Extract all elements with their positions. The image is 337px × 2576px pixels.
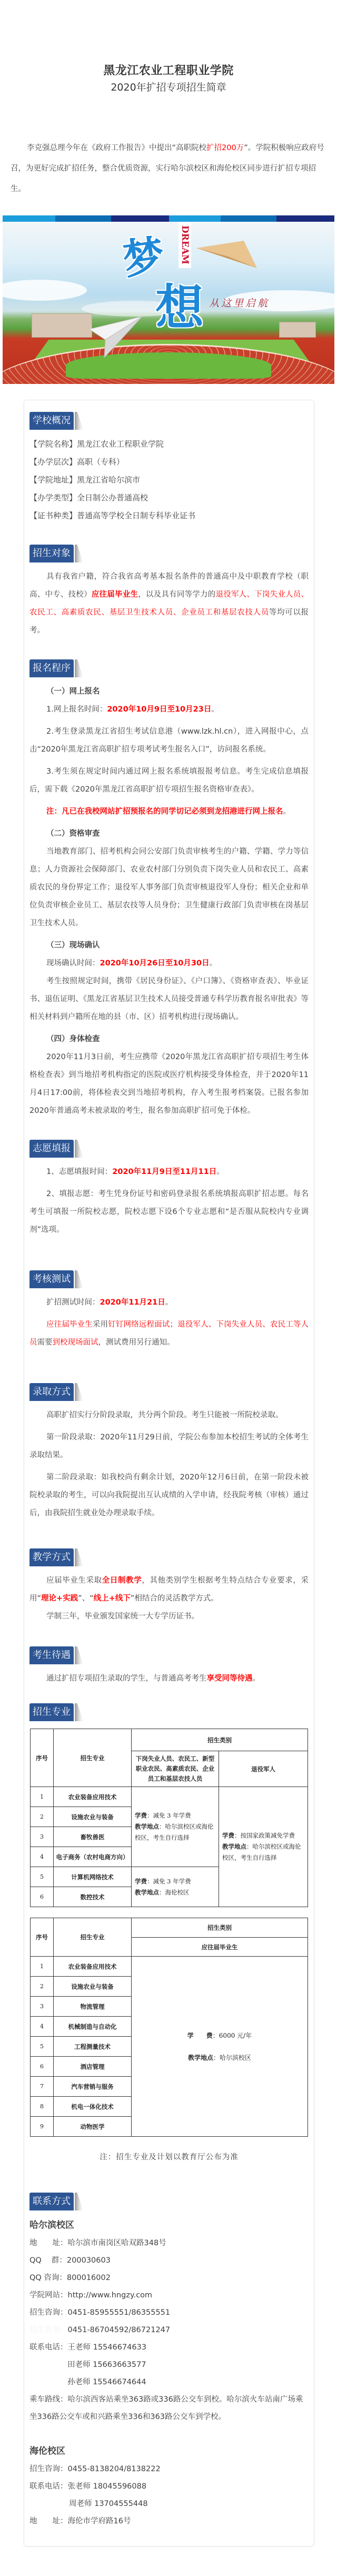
contact-line: 招生咨询：0455-8138204/8138222 <box>29 2461 309 2478</box>
section-header: 志愿填报 <box>29 1140 309 1158</box>
section-test: 考核测试 扩招测试时间：2020年11月21日。 应往届毕业生采用钉钉网络远程面… <box>29 1270 309 1351</box>
campus-stadium-photo: DREAM 梦 想 从这里启航 <box>3 222 334 384</box>
bus-route: 乘车路线：哈尔滨西客站乘坐363路或336路公交车到校。哈尔滨火车站南广场乘坐3… <box>29 2391 309 2426</box>
col-cat: 应往届毕业生 <box>132 1938 308 1957</box>
admission-p3: 第二阶段录取：如我校尚有剩余计划，2020年12月6日前，在第一阶段未被院校录取… <box>29 1468 309 1522</box>
admission-p1: 高职扩招实行分阶段录取，共分两个阶段。考生只能被一所院校录取。 <box>29 1406 309 1424</box>
section-title: 招生对象 <box>29 545 74 562</box>
online-note: 注：凡已在我校网站扩招预报名的同学切记必须到龙招港进行网上报名。 <box>29 803 309 821</box>
volunteer-text: 2、填报志愿：考生凭身份证号和密码登录报名系统填报高职扩招志愿。每名考生可填报一… <box>29 1185 309 1239</box>
section-title: 学校概况 <box>29 412 74 430</box>
page-subtitle: 2020年扩招专项招生简章 <box>0 80 337 95</box>
group2-info: 学费：减免 3 年学费教学地点：海伦校区 <box>132 1867 219 1907</box>
section-header: 考核测试 <box>29 1270 309 1288</box>
graduate-info: 学 费：6000 元/年教学地点：哈尔滨校区 <box>132 1957 308 2137</box>
content-card: 学校概况 【学院名称】黑龙江农业工程职业学院 【办学层次】高职（专科） 【学院地… <box>24 400 314 2547</box>
fold-decoration <box>75 1548 83 1566</box>
page-title: 黑龙江农业工程职业学院 <box>0 62 337 80</box>
test-time: 扩招测试时间：2020年11月21日。 <box>29 1294 309 1311</box>
online-time: 1.网上报名时间：2020年10月9日至10月23日。 <box>29 700 309 718</box>
section-title: 报名程序 <box>29 659 74 677</box>
majors-note: 注：招生专业及计划以教育厅公布为准 <box>29 2148 309 2166</box>
contact-phone: 田老师 15663663577 <box>29 2356 309 2374</box>
treatment-text: 通过扩招专项招生录取的学生，与普通高考考生享受同等待遇。 <box>29 1670 309 1687</box>
info-row: 【办学层次】高职（专科） <box>29 453 309 471</box>
campus-hailun-title: 海伦校区 <box>29 2442 309 2461</box>
col-major: 招生专业 <box>54 1918 132 1957</box>
col-index: 序号 <box>31 1918 54 1957</box>
majors-table-2: 序号 招生专业 招生类别 应往届毕业生 1 农业装备应用技术 学 费：6000 … <box>30 1918 308 2137</box>
banner-stripe <box>3 215 334 222</box>
section-procedure: 报名程序 （一）网上报名 1.网上报名时间：2020年10月9日至10月23日。… <box>29 659 309 1120</box>
contact-phone: 联系电话：张老师 18045596088 <box>29 2478 309 2495</box>
fold-decoration <box>75 659 83 677</box>
contact-phone: 孙老师 15546674644 <box>29 2374 309 2391</box>
section-title: 联系方式 <box>29 2193 74 2210</box>
col-major: 招生专业 <box>54 1729 132 1787</box>
section-treatment: 考生待遇 通过扩招专项招生录取的学生，与普通高考考生享受同等待遇。 <box>29 1646 309 1687</box>
section-majors: 招生专业 序号 招生专业 招生类别 下岗失业人员、农民工、新型职业农民、高素质农… <box>29 1703 309 2166</box>
contact-line: 招生咨询：0451-86704592/86721247 <box>29 2322 309 2339</box>
table-row: 1 农业装备应用技术 学费：减免 3 年学费教学地点：哈尔滨校区或海伦校区，考生… <box>31 1787 308 1807</box>
col-category: 招生类别 <box>132 1918 308 1938</box>
section-title: 录取方式 <box>29 1383 74 1401</box>
campus-harbin-title: 哈尔滨校区 <box>29 2216 309 2235</box>
admission-p2: 第一阶段录取：2020年11月29日前，学院公布参加本校招生考试的全体考生录取结… <box>29 1428 309 1464</box>
fold-decoration <box>75 1270 83 1288</box>
section-header: 学校概况 <box>29 412 309 430</box>
col-cat-a: 下岗失业人员、农民工、新型职业农民、高素质农民、企业员工和基层农技人员 <box>132 1751 219 1787</box>
col-cat-b: 退役军人 <box>219 1751 308 1787</box>
slogan: 从这里启航 <box>209 295 270 310</box>
section-header: 招生专业 <box>29 1703 309 1721</box>
section-header: 联系方式 <box>29 2193 309 2210</box>
fold-decoration <box>75 1703 83 1721</box>
veteran-info: 学费：按国家政策减免学费教学地点：哈尔滨校区或海伦校区，考生自行选择 <box>219 1787 308 1907</box>
teaching-p1: 应届毕业生采取全日制教学，其他类别学生根据考生特点结合专业要求，采用“理论+实践… <box>29 1572 309 1607</box>
subheading: （一）网上报名 <box>29 683 309 700</box>
contact-line: 地 址：哈尔滨市南岗区哈双路348号 <box>29 2235 309 2252</box>
table-row: 1 农业装备应用技术 学 费：6000 元/年教学地点：哈尔滨校区 <box>31 1957 308 1977</box>
contact-line: QQ 咨询：800016002 <box>29 2269 309 2287</box>
banner-image: DREAM 梦 想 从这里启航 <box>3 215 334 384</box>
group1-info: 学费：减免 3 年学费教学地点：哈尔滨校区或海伦校区，考生自行选择 <box>132 1787 219 1867</box>
intro-highlight: 扩招200万 <box>206 144 244 152</box>
intro-paragraph: 李克强总理今年在《政府工作报告》中提出“高职院校扩招200万”。学院积极响应政府… <box>11 138 326 200</box>
fold-decoration <box>75 1646 83 1664</box>
subheading: （三）现场确认 <box>29 936 309 954</box>
paper-plane-icon <box>196 241 260 278</box>
online-step-3: 3.考生须在规定时间内通过网上报名系统填报报考信息。考生完成信息填报后，需下载《… <box>29 763 309 798</box>
contact-line: 地 址：海伦市学府路16号 <box>29 2513 309 2530</box>
section-teaching: 教学方式 应届毕业生采取全日制教学，其他类别学生根据考生特点结合专业要求，采用“… <box>29 1548 309 1625</box>
fold-decoration <box>75 1140 83 1158</box>
volunteer-time: 1、志愿填报时间：2020年11月9日至11月11日。 <box>29 1163 309 1181</box>
website-link[interactable]: 学院网站：http://www.hngzy.com <box>29 2287 309 2304</box>
paper-plane-icon <box>90 317 142 359</box>
confirm-time: 现场确认时间：2020年10月26日至10月30日。 <box>29 954 309 972</box>
online-step-2: 2.考生登录黑龙江省招生考试信息港（www.lzk.hl.cn），进入网报中心，… <box>29 723 309 758</box>
section-title: 招生专业 <box>29 1703 74 1721</box>
page: 黑龙江农业工程职业学院 2020年扩招专项招生简章 李克强总理今年在《政府工作报… <box>0 0 337 2576</box>
physical-text: 2020年11月3日前，考生应携带《2020年黑龙江省高职扩招专项招生考生体格检… <box>29 1048 309 1120</box>
intro-text: 李克强总理今年在《政府工作报告》中提出“高职院校 <box>27 144 206 152</box>
section-title: 考核测试 <box>29 1270 74 1288</box>
section-target: 招生对象 具有我省户籍，符合我省高考基本报名条件的普通高中及中职教育学校（职高、… <box>29 545 309 639</box>
section-header: 考生待遇 <box>29 1646 309 1664</box>
fold-decoration <box>75 2193 83 2210</box>
section-title: 志愿填报 <box>29 1140 74 1158</box>
subheading: （二）资格审查 <box>29 825 309 843</box>
building-icon <box>32 313 92 338</box>
building-icon <box>279 322 316 338</box>
section-header: 招生对象 <box>29 545 309 562</box>
info-row: 【办学类型】全日制公办普通高校 <box>29 489 309 507</box>
info-row: 【学院地址】黑龙江省哈尔滨市 <box>29 471 309 489</box>
fold-decoration <box>75 545 83 562</box>
contact-line: QQ 群：200030603 <box>29 2252 309 2269</box>
subheading: （四）身体检查 <box>29 1030 309 1048</box>
teaching-p2: 学制三年，毕业颁发国家统一大专学历证书。 <box>29 1607 309 1625</box>
majors-table-1: 序号 招生专业 招生类别 下岗失业人员、农民工、新型职业农民、高素质农民、企业员… <box>30 1729 308 1907</box>
section-header: 录取方式 <box>29 1383 309 1401</box>
info-row: 【学院名称】黑龙江农业工程职业学院 <box>29 435 309 453</box>
section-volunteer: 志愿填报 1、志愿填报时间：2020年11月9日至11月11日。 2、填报志愿：… <box>29 1140 309 1239</box>
section-contact: 联系方式 哈尔滨校区 地 址：哈尔滨市南岗区哈双路348号 QQ 群：20003… <box>29 2193 309 2530</box>
review-text: 当地教育部门、招考机构会同公安部门负责审核考生的户籍、学籍、学力等信息；人力资源… <box>29 843 309 932</box>
dream-label: DREAM <box>179 222 191 268</box>
contact-line: 招生咨询：0451-85955551/86355551 <box>29 2304 309 2322</box>
fold-decoration <box>75 1383 83 1401</box>
fold-decoration <box>75 412 83 430</box>
test-text: 应往届毕业生采用钉钉网络远程面试；退役军人、下岗失业人员、农民工等人员需要到校现… <box>29 1316 309 1351</box>
confirm-text: 考生按照规定时间，携带《居民身份证》、《户口簿》、《资格审查表》、毕业证书、退伍… <box>29 972 309 1026</box>
col-category: 招生类别 <box>132 1729 308 1751</box>
info-row: 【证书种类】普通高等学校全日制专科毕业证书 <box>29 507 309 525</box>
section-title: 考生待遇 <box>29 1646 74 1664</box>
section-header: 报名程序 <box>29 659 309 677</box>
target-paragraph: 具有我省户籍，符合我省高考基本报名条件的普通高中及中职教育学校（职高、中专、技校… <box>29 568 309 639</box>
contact-phone: 联系电话：王老师 15546674633 <box>29 2339 309 2356</box>
section-admission: 录取方式 高职扩招实行分阶段录取，共分两个阶段。考生只能被一所院校录取。 第一阶… <box>29 1383 309 1522</box>
title-block: 黑龙江农业工程职业学院 2020年扩招专项招生简章 <box>0 0 337 95</box>
section-title: 教学方式 <box>29 1548 74 1566</box>
col-index: 序号 <box>31 1729 54 1787</box>
dream-char-2: 想 <box>155 269 204 339</box>
contact-phone: 周老师 13704555448 <box>29 2495 309 2513</box>
section-header: 教学方式 <box>29 1548 309 1566</box>
section-overview: 学校概况 【学院名称】黑龙江农业工程职业学院 【办学层次】高职（专科） 【学院地… <box>29 412 309 525</box>
